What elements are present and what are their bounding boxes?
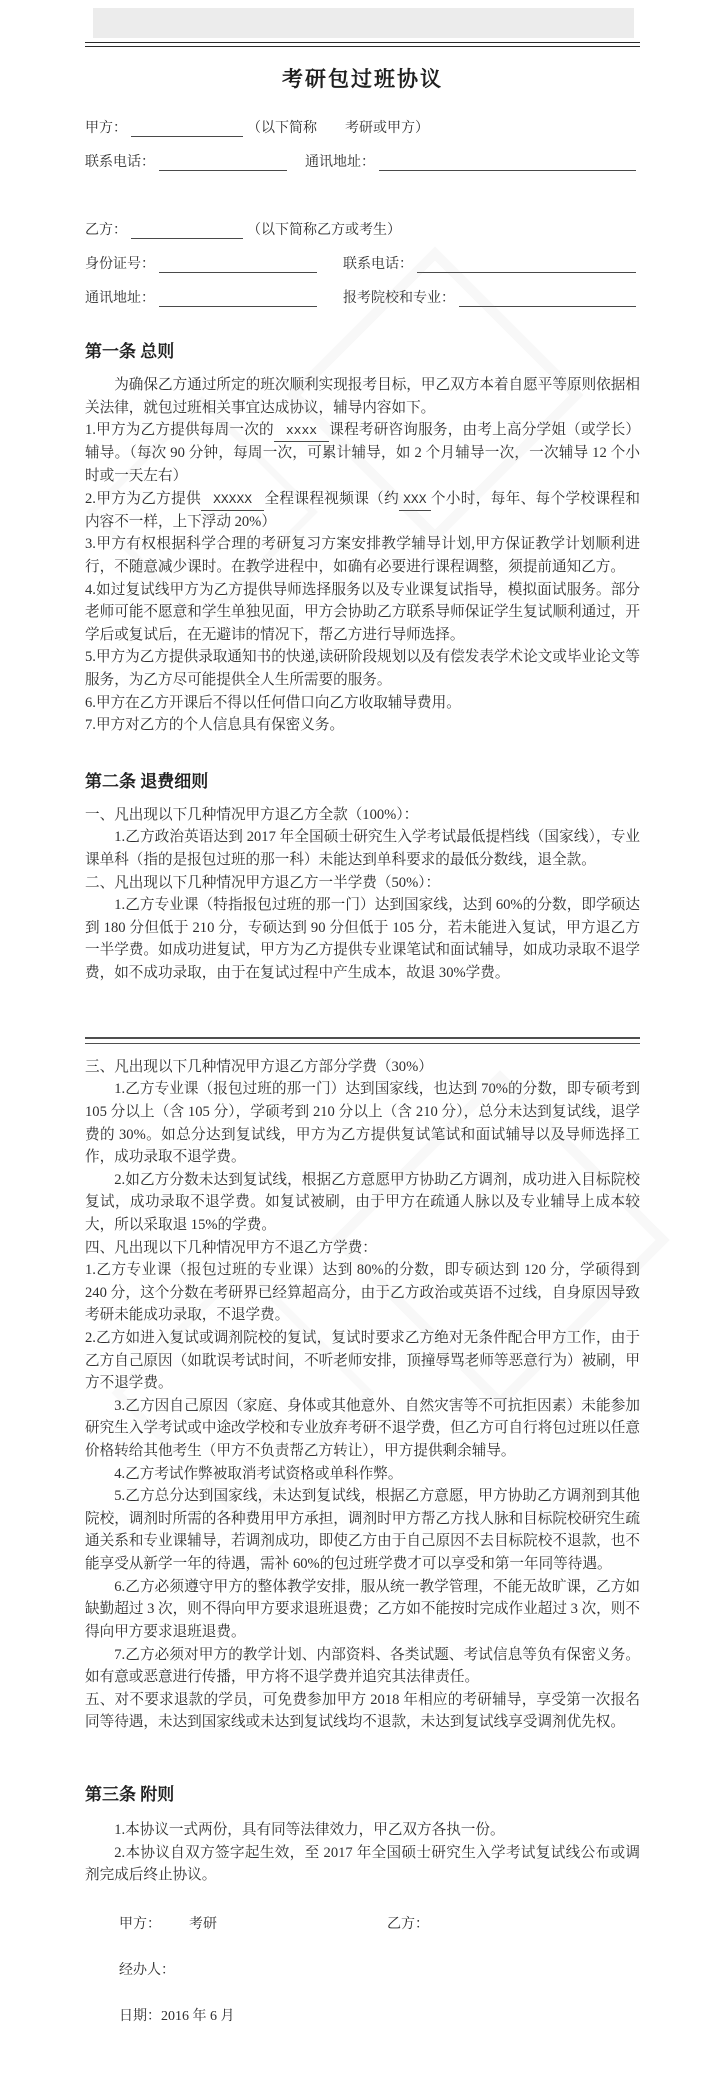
refund-0-p3: 3.乙方因自己原因（家庭、身体或其他意外、自然灾害等不可抗拒因素）未能参加研究生… bbox=[85, 1395, 640, 1463]
party-a-sign-value: 考研 bbox=[189, 1917, 217, 1932]
refund-0-title: 四、凡出现以下几种情况甲方不退乙方学费： bbox=[85, 1237, 640, 1260]
phone-a-blank bbox=[159, 155, 287, 171]
refund-30-title: 三、凡出现以下几种情况甲方退乙方部分学费（30%） bbox=[85, 1056, 640, 1079]
item2-mid: 全程课程视频课（约 bbox=[264, 491, 399, 507]
article2-heading: 第二条 退费细则 bbox=[85, 767, 640, 792]
article1-item4: 4.如过复试线甲方为乙方提供导师选择服务以及专业课复试指导，模拟面试服务。部分老… bbox=[85, 579, 640, 647]
id-blank bbox=[159, 257, 317, 273]
item2-blank2: XXX bbox=[399, 490, 430, 511]
refund-0-p7: 7.乙方必须对甲方的教学计划、内部资料、各类试题、考试信息等负有保密义务。如有意… bbox=[85, 1644, 640, 1689]
form-row-contact-a: 联系电话： 通讯地址： bbox=[85, 151, 640, 171]
item1-blank: xxxx bbox=[274, 421, 329, 442]
item2-blank1: XXXXX bbox=[201, 490, 264, 511]
refund-5-title: 五、对不要求退款的学员，可免费参加甲方 2018 年相应的考研辅导，享受第一次报… bbox=[85, 1689, 640, 1734]
agent-label: 经办人： bbox=[119, 1963, 175, 1978]
address-b-blank bbox=[159, 291, 317, 307]
form-row-id-phone: 身份证号： 联系电话： bbox=[85, 253, 640, 273]
address-a-label: 通讯地址： bbox=[305, 151, 375, 171]
phone-b-label: 联系电话： bbox=[343, 253, 413, 273]
refund-0-p2: 2.乙方如进入复试或调剂院校的复试，复试时要求乙方绝对无条件配合甲方工作，由于乙… bbox=[85, 1327, 640, 1395]
article1-heading: 第一条 总则 bbox=[85, 337, 640, 362]
phone-a-label: 联系电话： bbox=[85, 151, 155, 171]
party-a-signature: 甲方：考研 bbox=[119, 1913, 387, 1933]
party-b-sign-label: 乙方： bbox=[387, 1913, 429, 1933]
phone-b-blank bbox=[417, 257, 636, 273]
party-a-note: （以下简称 考研或甲方） bbox=[247, 117, 429, 137]
article1-intro: 为确保乙方通过所定的班次顺利实现报考目标，甲乙双方本着自愿平等原则依据相关法律，… bbox=[85, 374, 640, 419]
refund-0-p4: 4.乙方考试作弊被取消考试资格或单科作弊。 bbox=[85, 1463, 640, 1486]
article1-item5: 5.甲方为乙方提供录取通知书的快递,读研阶段规划以及有偿发表学术论文或毕业论文等… bbox=[85, 646, 640, 691]
article1-item6: 6.甲方在乙方开课后不得以任何借口向乙方收取辅导费用。 bbox=[85, 692, 640, 715]
article3-p1: 1.本协议一式两份，具有同等法律效力，甲乙双方各执一份。 bbox=[85, 1819, 640, 1842]
refund-30-p1: 1.乙方专业课（报包过班的那一门）达到国家线，也达到 70%的分数，即专硕考到 … bbox=[85, 1078, 640, 1168]
refund-0-p5: 5.乙方总分达到国家线，未达到复试线，根据乙方意愿，甲方协助乙方调剂到其他院校，… bbox=[85, 1485, 640, 1575]
party-b-blank bbox=[131, 223, 243, 239]
item2-pre: 2.甲方为乙方提供 bbox=[85, 491, 201, 507]
date-value: 2016 年 6 月 bbox=[161, 2009, 235, 2024]
party-a-blank bbox=[131, 121, 243, 137]
article1-item7: 7.甲方对乙方的个人信息具有保密义务。 bbox=[85, 714, 640, 737]
document-page: 考研包过班协议 甲方： （以下简称 考研或甲方） 联系电话： 通讯地址： 乙方：… bbox=[0, 0, 720, 2085]
party-a-label: 甲方： bbox=[85, 117, 127, 137]
signature-row: 甲方：考研 乙方： bbox=[119, 1913, 640, 1933]
form-row-address-school: 通讯地址： 报考院校和专业： bbox=[85, 287, 640, 307]
form-row-party-b: 乙方： （以下简称乙方或考生） bbox=[85, 219, 640, 239]
page-break-rule bbox=[85, 1037, 640, 1044]
refund-100-title: 一、凡出现以下几种情况甲方退乙方全款（100%）： bbox=[85, 804, 640, 827]
refund-50-p1: 1.乙方专业课（特指报包过班的那一门）达到国家线，达到 60%的分数，即学硕达到… bbox=[85, 894, 640, 984]
date-row: 日期：2016 年 6 月 bbox=[119, 2005, 640, 2025]
article1-item3: 3.甲方有权根据科学合理的考研复习方案安排教学辅导计划,甲方保证教学计划顺利进行… bbox=[85, 533, 640, 578]
refund-30-p2: 2.如乙方分数未达到复试线，根据乙方意愿甲方协助乙方调剂，成功进入目标院校复试，… bbox=[85, 1169, 640, 1237]
school-label: 报考院校和专业： bbox=[343, 287, 455, 307]
article3-p2: 2.本协议自双方签字起生效，至 2017 年全国硕士研究生入学考试复试线公布或调… bbox=[85, 1842, 640, 1887]
item1-pre: 1.甲方为乙方提供每周一次的 bbox=[85, 422, 274, 438]
address-b-label: 通讯地址： bbox=[85, 287, 155, 307]
party-a-sign-label: 甲方： bbox=[119, 1917, 161, 1932]
id-label: 身份证号： bbox=[85, 253, 155, 273]
refund-0-p6: 6.乙方必须遵守甲方的整体教学安排，服从统一教学管理，不能无故旷课，乙方如缺勤超… bbox=[85, 1576, 640, 1644]
page-title: 考研包过班协议 bbox=[85, 63, 640, 93]
date-label: 日期： bbox=[119, 2009, 161, 2024]
refund-50-title: 二、凡出现以下几种情况甲方退乙方一半学费（50%）： bbox=[85, 872, 640, 895]
article3-heading: 第三条 附则 bbox=[85, 1780, 640, 1805]
top-double-rule bbox=[85, 42, 640, 47]
refund-100-p1: 1.乙方政治英语达到 2017 年全国硕士研究生入学考试最低提档线（国家线），专… bbox=[85, 826, 640, 871]
party-b-label: 乙方： bbox=[85, 219, 127, 239]
agent-row: 经办人： bbox=[119, 1959, 640, 1979]
address-a-blank bbox=[379, 155, 636, 171]
article1-item2: 2.甲方为乙方提供XXXXX全程课程视频课（约XXX个小时，每年、每个学校课程和… bbox=[85, 488, 640, 534]
refund-0-p1: 1.乙方专业课（报包过班的专业课）达到 80%的分数，即专硕达到 120 分，学… bbox=[85, 1259, 640, 1327]
party-b-note: （以下简称乙方或考生） bbox=[247, 219, 401, 239]
form-row-party-a: 甲方： （以下简称 考研或甲方） bbox=[85, 117, 640, 137]
scan-header-band bbox=[93, 8, 634, 38]
spacer bbox=[85, 185, 640, 219]
school-blank bbox=[459, 291, 636, 307]
article1-item1: 1.甲方为乙方提供每周一次的xxxx课程考研咨询服务，由考上高分学姐（或学长）辅… bbox=[85, 419, 640, 487]
